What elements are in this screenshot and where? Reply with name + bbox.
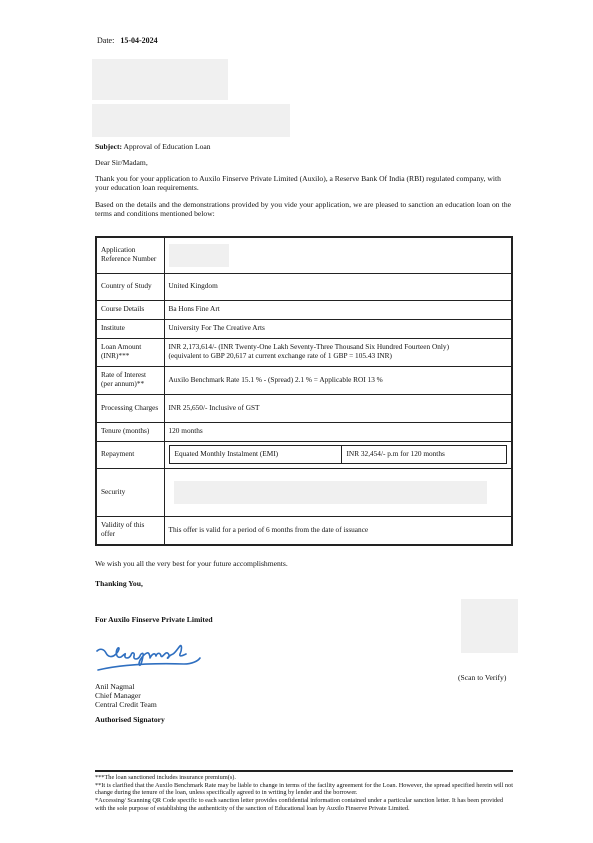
- application-ref-value: [164, 237, 512, 273]
- repayment-amount: INR 32,454/- p.m for 120 months: [341, 446, 507, 464]
- tenure-label: Tenure (months): [96, 422, 164, 441]
- signature-image: [94, 642, 204, 676]
- rate-label: Rate of Interest (per annum)**: [96, 366, 164, 394]
- table-row: Repayment Equated Monthly Instalment (EM…: [96, 441, 512, 468]
- repayment-label: Repayment: [96, 441, 164, 468]
- redacted-security: [174, 481, 487, 504]
- country-value: United Kingdom: [164, 273, 512, 300]
- table-row: Equated Monthly Instalment (EMI) INR 32,…: [169, 446, 507, 464]
- table-row: Tenure (months) 120 months: [96, 422, 512, 441]
- rate-value: Auxilo Benchmark Rate 15.1 % - (Spread) …: [164, 366, 512, 394]
- loan-amount-line2: (equivalent to GBP 20,617 at current exc…: [169, 352, 508, 361]
- letter-date: Date:15-04-2024: [97, 36, 158, 46]
- table-row: Rate of Interest (per annum)** Auxilo Be…: [96, 366, 512, 394]
- footer-divider: [95, 770, 513, 772]
- table-row: Validity of this offer This offer is val…: [96, 516, 512, 545]
- loan-terms-table: Application Reference Number Country of …: [95, 236, 513, 546]
- loan-amount-label: Loan Amount (INR)***: [96, 338, 164, 366]
- sanction-paragraph: Based on the details and the demonstrati…: [95, 200, 511, 219]
- institute-label: Institute: [96, 319, 164, 338]
- loan-amount-value: INR 2,173,614/- (INR Twenty-One Lakh Sev…: [164, 338, 512, 366]
- scan-to-verify-label: (Scan to Verify): [458, 673, 506, 682]
- closing-thanks: Thanking You,: [95, 579, 143, 588]
- security-value: [164, 468, 512, 516]
- subject-text: Approval of Education Loan: [123, 142, 210, 151]
- closing-wish: We wish you all the very best for your f…: [95, 559, 288, 568]
- table-row: Security: [96, 468, 512, 516]
- repayment-type: Equated Monthly Instalment (EMI): [169, 446, 341, 464]
- subject-label: Subject:: [95, 142, 122, 151]
- repayment-table: Equated Monthly Instalment (EMI) INR 32,…: [169, 445, 508, 464]
- footnote-qr-code: *Accessing/ Scanning QR Code specific to…: [95, 797, 513, 812]
- redacted-recipient-name: [92, 59, 228, 100]
- validity-label: Validity of this offer: [96, 516, 164, 545]
- security-label: Security: [96, 468, 164, 516]
- redacted-recipient-address: [92, 104, 290, 137]
- table-row: Country of Study United Kingdom: [96, 273, 512, 300]
- table-row: Application Reference Number: [96, 237, 512, 273]
- table-row: Course Details Ba Hons Fine Art: [96, 300, 512, 319]
- table-row: Processing Charges INR 25,650/- Inclusiv…: [96, 394, 512, 422]
- validity-value: This offer is valid for a period of 6 mo…: [164, 516, 512, 545]
- intro-paragraph: Thank you for your application to Auxilo…: [95, 174, 511, 193]
- signatory-name: Anil Nagmal: [95, 682, 157, 691]
- footnotes: ***The loan sanctioned includes insuranc…: [95, 774, 513, 813]
- repayment-value: Equated Monthly Instalment (EMI) INR 32,…: [164, 441, 512, 468]
- application-ref-label: Application Reference Number: [96, 237, 164, 273]
- tenure-value: 120 months: [164, 422, 512, 441]
- signatory-title: Chief Manager: [95, 691, 157, 700]
- country-label: Country of Study: [96, 273, 164, 300]
- for-company: For Auxilo Finserve Private Limited: [95, 615, 213, 624]
- signatory-details: Anil Nagmal Chief Manager Central Credit…: [95, 682, 157, 709]
- greeting: Dear Sir/Madam,: [95, 158, 148, 167]
- authorised-signatory: Authorised Signatory: [95, 715, 165, 724]
- course-value: Ba Hons Fine Art: [164, 300, 512, 319]
- table-row: Loan Amount (INR)*** INR 2,173,614/- (IN…: [96, 338, 512, 366]
- date-label: Date:: [97, 36, 114, 45]
- footnote-benchmark-rate: **It is clarified that the Auxilo Benchm…: [95, 782, 513, 797]
- processing-value: INR 25,650/- Inclusive of GST: [164, 394, 512, 422]
- qr-code[interactable]: [461, 599, 518, 653]
- redacted-application-ref: [169, 244, 229, 267]
- table-row: Institute University For The Creative Ar…: [96, 319, 512, 338]
- subject-line: Subject: Approval of Education Loan: [95, 142, 211, 151]
- signatory-team: Central Credit Team: [95, 700, 157, 709]
- date-value: 15-04-2024: [120, 36, 157, 45]
- processing-label: Processing Charges: [96, 394, 164, 422]
- footnote-insurance: ***The loan sanctioned includes insuranc…: [95, 774, 513, 782]
- course-label: Course Details: [96, 300, 164, 319]
- institute-value: University For The Creative Arts: [164, 319, 512, 338]
